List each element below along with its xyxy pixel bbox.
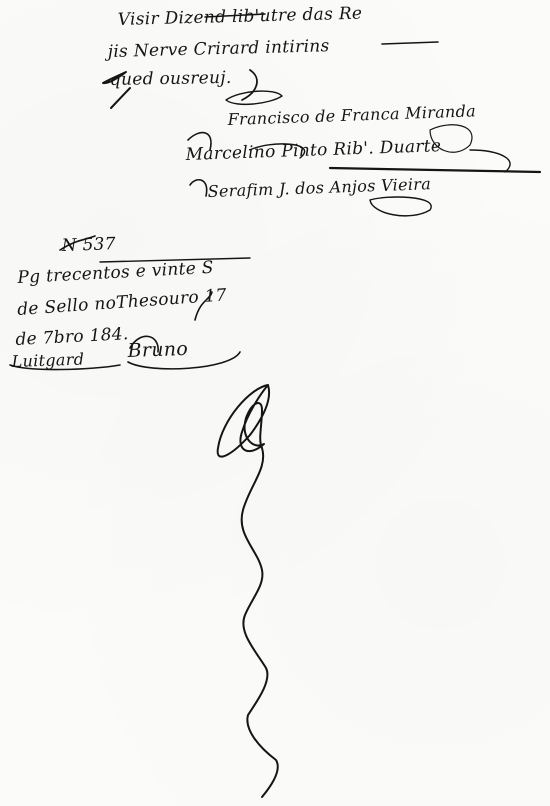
registry-signer-right: Bruno [127,338,188,362]
manuscript-page: Visir Dizend lib'utre das Re jis Nerve C… [0,0,550,806]
signature-2: Marcelino Pinto Rib'. Duarte [185,136,441,165]
registry-number: N 537 [61,234,116,256]
opening-line-1: Visir Dizend lib'utre das Re [117,4,362,30]
registry-line-2: de Sello noThesouro 17 [17,285,228,320]
opening-line-2: jis Nerve Crirard intirins [107,36,329,62]
signature-3: Serafim J. dos Anjos Vieira [207,174,431,201]
registry-line-1: Pg trecentos e vinte S [17,258,214,288]
opening-line-3: qued ousreuj. [110,68,232,90]
registry-signer-left: Luitgard [11,349,84,371]
paraph-flourish [218,385,278,797]
registry-line-3: de 7bro 184. [15,324,129,350]
signature-1: Francisco de Franca Miranda [227,101,476,129]
